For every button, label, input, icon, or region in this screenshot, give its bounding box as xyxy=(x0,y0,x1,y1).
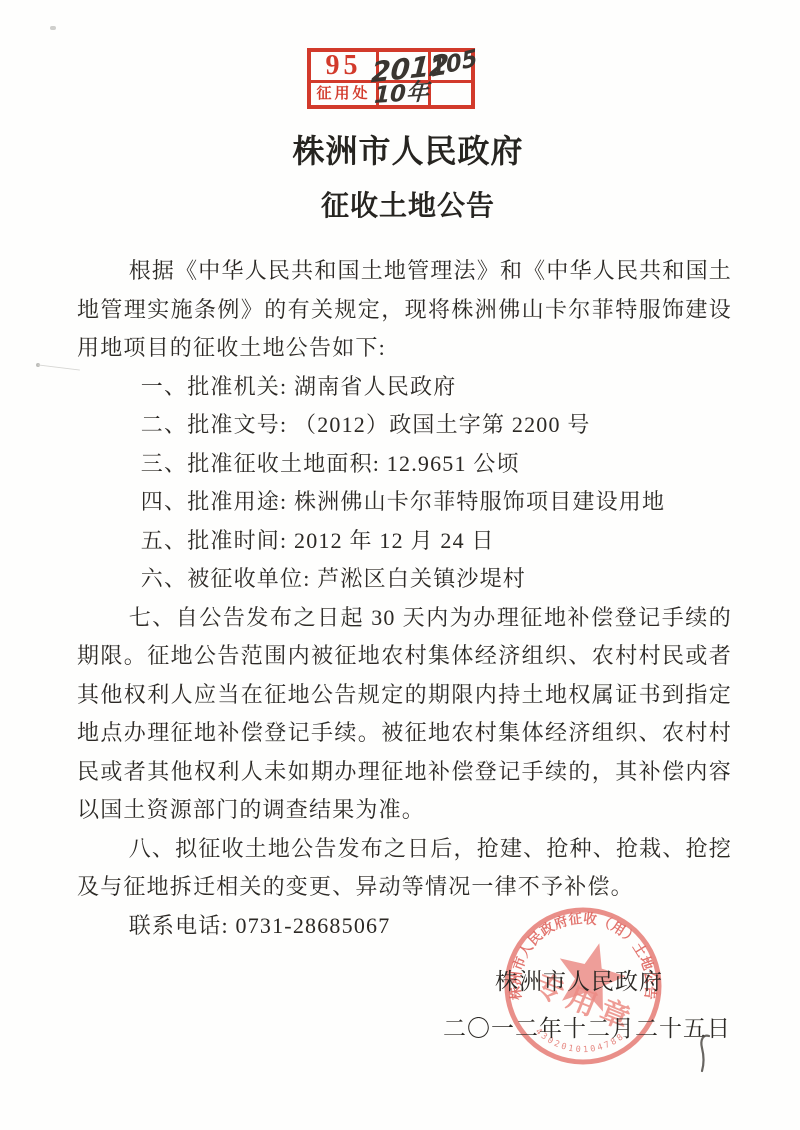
title-line-2: 征收土地公告 xyxy=(8,184,800,224)
title-line-1: 株洲市人民政府 xyxy=(8,126,800,172)
item-2: 二、批准文号: （2012）政国土字第 2200 号 xyxy=(77,406,732,445)
stamp-office-cell: 征用处 xyxy=(311,83,379,105)
contact-phone: 联系电话: 0731-28685067 xyxy=(77,907,732,946)
item-7: 七、自公告发布之日起 30 天内为办理征地补偿登记手续的期限。征地公告范围内被征… xyxy=(77,599,732,830)
item-8: 八、拟征收土地公告发布之日后，抢建、抢种、抢栽、抢挖及与征地拆迁相关的变更、异动… xyxy=(77,830,732,907)
document-title: 株洲市人民政府 征收土地公告 xyxy=(8,126,800,224)
handwritten-tick-mark xyxy=(695,1033,715,1075)
stamp-number-cell: 95 xyxy=(311,52,379,80)
intro-paragraph: 根据《中华人民共和国土地管理法》和《中华人民共和国土地管理实施条例》的有关规定，… xyxy=(77,252,732,368)
scan-speck xyxy=(50,26,56,30)
item-6: 六、被征收单位: 芦淞区白关镇沙堤村 xyxy=(77,560,732,599)
signature-org: 株洲市人民政府 xyxy=(495,963,663,996)
signature-date: 二〇一二年十二月二十五日 xyxy=(443,1010,731,1043)
item-1: 一、批准机关: 湖南省人民政府 xyxy=(77,368,732,407)
document-page: 95 征用处 2012 105 10年 株洲市人民政府 征收土地公告 根据《中华… xyxy=(0,0,800,1130)
handwritten-note: 10年 xyxy=(374,81,430,108)
stamp-office-label: 征用处 xyxy=(316,87,370,102)
announcement-body: 根据《中华人民共和国土地管理法》和《中华人民共和国土地管理实施条例》的有关规定，… xyxy=(77,252,732,945)
item-4: 四、批准用途: 株洲佛山卡尔菲特服饰项目建设用地 xyxy=(77,483,732,522)
pencil-smudge xyxy=(32,362,80,376)
item-3: 三、批准征收土地面积: 12.9651 公顷 xyxy=(77,445,732,484)
stamp-number: 95 xyxy=(326,52,362,80)
item-5: 五、批准时间: 2012 年 12 月 24 日 xyxy=(77,522,732,561)
stamp-empty-cell xyxy=(431,83,471,105)
